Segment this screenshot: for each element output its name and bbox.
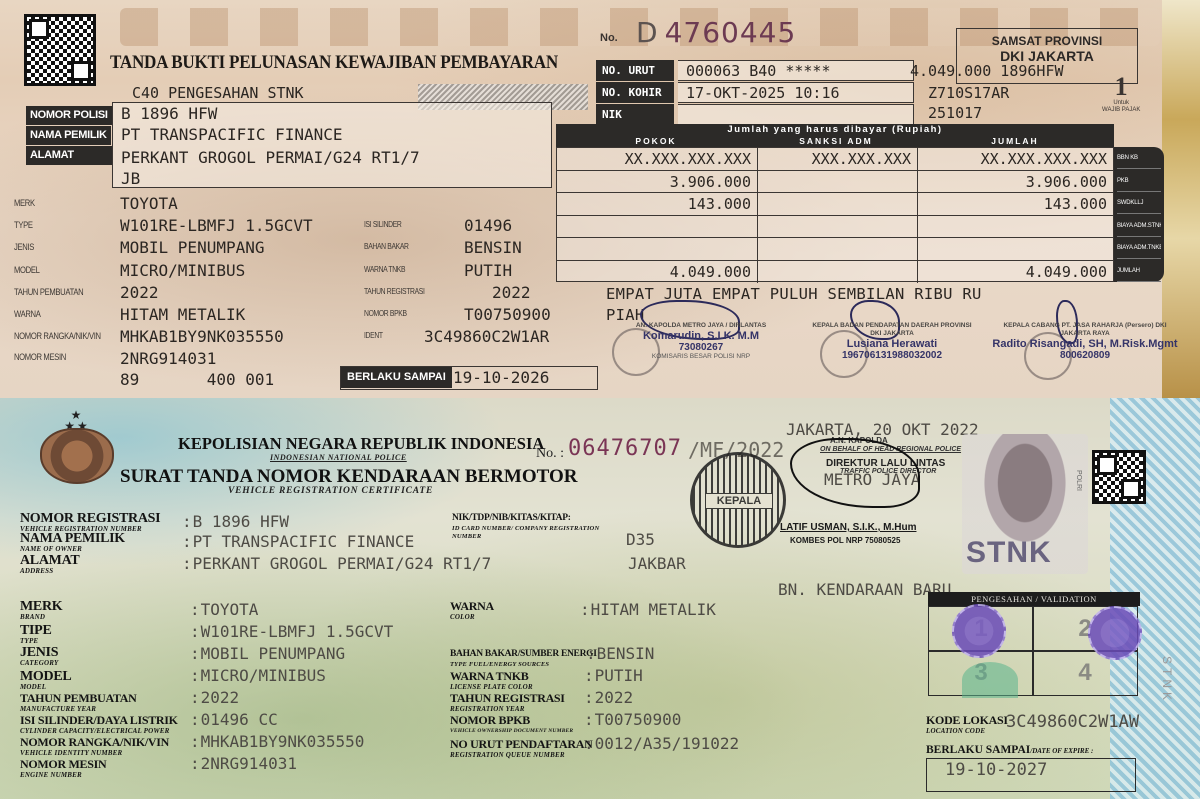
signatory-3-name: Radito Risangadi, SH, M.Risk.Mgmt bbox=[990, 338, 1180, 350]
payment-row-tag: PKB bbox=[1117, 170, 1161, 192]
label-id: NAMA PEMILIK bbox=[20, 532, 125, 545]
nik-extra: 251017 bbox=[928, 104, 982, 122]
value-warna-tnkb: PUTIH bbox=[584, 666, 643, 685]
label-en: REGISTRATION YEAR bbox=[450, 705, 565, 713]
value-nama-pemilik: PT TRANSPACIFIC FINANCE bbox=[182, 532, 414, 551]
certificate-number: 06476707 bbox=[568, 436, 682, 461]
receipt-subtitle: C40 PENGESAHAN STNK bbox=[132, 84, 304, 102]
copy-badge: 1 Untuk WAJIB PAJAK bbox=[1102, 74, 1140, 114]
label-id: WARNA TNKB bbox=[450, 670, 533, 683]
expire-value: 19-10-2026 bbox=[453, 367, 549, 389]
label-nomor-mesin: NOMOR MESINENGINE NUMBER bbox=[20, 758, 106, 779]
signatory-3-role: KEPALA CABANG PT. JASA RAHARJA (Persero)… bbox=[990, 322, 1180, 338]
label-en: MODEL bbox=[20, 683, 71, 691]
value-warna-tnkb: PUTIH bbox=[464, 261, 512, 280]
label-en: ENGINE NUMBER bbox=[20, 771, 106, 779]
label-mesin: NOMOR MESIN bbox=[14, 352, 66, 362]
label-en: ID CARD NUMBER/ COMPANY REGISTRATION NUM… bbox=[452, 525, 602, 541]
value-alamat-extra: JAKBAR bbox=[628, 554, 686, 573]
label-bpkb: NOMOR BPKB bbox=[364, 309, 407, 318]
label-en: VEHICLE OWNERSHIP DOCUMENT NUMBER bbox=[450, 727, 573, 735]
label-en: ADDRESS bbox=[20, 567, 79, 575]
row-no-kohir: NO. KOHIR 17-OKT-2025 10:16 bbox=[596, 82, 918, 103]
receipt-number: D4760445 bbox=[636, 16, 796, 49]
label-en: CYLINDER CAPACITY/ELECTRICAL POWER bbox=[20, 727, 178, 735]
signatory-3-nrp: 800620809 bbox=[990, 350, 1180, 361]
no-kohir-extra: Z710S17AR bbox=[928, 84, 1009, 102]
payment-cell-pokok: 4.049.000 bbox=[557, 261, 757, 283]
label-bahan-bakar: BAHAN BAKAR bbox=[364, 242, 409, 251]
value-silinder: 01496 bbox=[464, 216, 512, 235]
payment-cell-sanksi bbox=[757, 261, 917, 283]
value-mesin: 2NRG914031 bbox=[120, 349, 216, 368]
payment-row-tags: BBN KBPKBSWDKLLJBIAYA ADM.STNKBIAYA ADM.… bbox=[1114, 147, 1164, 282]
label-merk: MERKBRAND bbox=[20, 600, 62, 621]
payment-cell-sanksi bbox=[757, 216, 917, 238]
label-id: NOMOR REGISTRASI bbox=[20, 512, 160, 525]
receipt-number-prefix: D bbox=[636, 16, 659, 49]
copy-for-line2: WAJIB PAJAK bbox=[1102, 107, 1140, 114]
value-bahan-bakar: BENSIN bbox=[464, 238, 522, 257]
keterangan: BN. KENDARAAN BARU bbox=[778, 580, 951, 599]
label-isi-silinder: ISI SILINDER/DAYA LISTRIKCYLINDER CAPACI… bbox=[20, 714, 178, 735]
label-bahan-bakar: BAHAN BAKAR/SUMBER ENERGITYPE FUEL/ENERG… bbox=[450, 648, 597, 669]
label-id: NO URUT PENDAFTARAN bbox=[450, 738, 593, 751]
label-kode-lokasi: KODE LOKASILOCATION CODE bbox=[926, 714, 1008, 735]
label-en: LOCATION CODE bbox=[926, 727, 1008, 735]
police-header-en: INDONESIAN NATIONAL POLICE bbox=[270, 453, 407, 462]
label-id: BERLAKU SAMPAI bbox=[926, 744, 1030, 756]
label-id: MODEL bbox=[20, 670, 71, 683]
qr-code-icon bbox=[1092, 450, 1146, 504]
row-no-urut: NO. URUT 000063 B40 ***** bbox=[596, 60, 918, 81]
label-id: KODE LOKASI bbox=[926, 714, 1008, 727]
receipt-number-label: No. bbox=[600, 32, 618, 44]
value-nomor-bpkb: T00750900 bbox=[584, 710, 681, 729]
signatory-1-name: Komarudin, S.I.K. M.M bbox=[626, 330, 776, 342]
payment-column-headers: POKOK SANKSI ADM JUMLAH bbox=[556, 136, 1114, 147]
tax-payment-receipt: TANDA BUKTI PELUNASAN KEWAJIBAN PEMBAYAR… bbox=[0, 0, 1200, 398]
label-en: COLOR bbox=[450, 613, 494, 621]
label-merk: MERK bbox=[14, 198, 35, 208]
copy-number: 1 bbox=[1102, 74, 1140, 100]
label-id: NOMOR RANGKA/NIK/VIN bbox=[20, 736, 169, 749]
value-alamat: PERKANT GROGOL PERMAI/G24 RT1/7 bbox=[182, 554, 491, 573]
label-en: NAME OF OWNER bbox=[20, 545, 125, 553]
payment-row-tag: BIAYA ADM.TNKB bbox=[1117, 237, 1161, 259]
label-en: TYPE bbox=[20, 637, 51, 645]
label-alamat: ALAMATADDRESS bbox=[20, 554, 79, 575]
label-nama-pemilik: NAMA PEMILIK bbox=[26, 126, 111, 145]
receipt-title: TANDA BUKTI PELUNASAN KEWAJIBAN PEMBAYAR… bbox=[110, 52, 558, 74]
label-id: TAHUN REGISTRASI bbox=[450, 692, 565, 705]
kepala-stamp-icon: KEPALA bbox=[690, 452, 786, 548]
stamp-text: KEPALA bbox=[705, 493, 773, 509]
signatory-3: KEPALA CABANG PT. JASA RAHARJA (Persero)… bbox=[990, 322, 1180, 361]
payment-body: XX.XXX.XXX.XXXXXX.XXX.XXXXX.XXX.XXX.XXX3… bbox=[556, 147, 1114, 282]
payment-row-tag: BBN KB bbox=[1117, 147, 1161, 169]
label-en: TYPE FUEL/ENERGY SOURCES bbox=[450, 661, 597, 669]
payment-cell-jumlah: XX.XXX.XXX.XXX bbox=[917, 148, 1113, 170]
payment-cell-pokok: 3.906.000 bbox=[557, 171, 757, 193]
police-emblem-icon bbox=[40, 428, 114, 484]
owner-box: B 1896 HFW PT TRANSPACIFIC FINANCE PERKA… bbox=[112, 102, 552, 188]
copy-for-line1: Untuk bbox=[1102, 100, 1140, 107]
value-nomor-mesin: 2NRG914031 bbox=[190, 754, 297, 773]
label-no-urut: NO URUT PENDAFTARANREGISTRATION QUEUE NU… bbox=[450, 738, 593, 759]
value-type: W101RE-LBMFJ 1.5GCVT bbox=[120, 216, 313, 235]
label-rangka: NOMOR RANGKA/NIK/VIN bbox=[14, 331, 101, 341]
payment-table: Jumlah yang harus dibayar (Rupiah) POKOK… bbox=[556, 124, 1114, 282]
payment-cell-jumlah bbox=[917, 216, 1113, 238]
label-no-kohir: NO. KOHIR bbox=[596, 82, 674, 103]
payment-header: Jumlah yang harus dibayar (Rupiah) bbox=[556, 124, 1114, 136]
value-tahun-pembuatan: 2022 bbox=[120, 283, 159, 302]
row-nik: NIK bbox=[596, 104, 918, 125]
validation-stamp-icon bbox=[952, 604, 1006, 658]
hologram-text: STNK bbox=[966, 536, 1052, 570]
payment-cell-pokok: 143.000 bbox=[557, 193, 757, 215]
payment-cell-pokok bbox=[557, 238, 757, 260]
value-extra-line: 89 400 001 bbox=[120, 370, 274, 389]
signatory-1-rank: KOMISARIS BESAR POLISI NRP bbox=[626, 353, 776, 360]
value-no-urut: 000063 B40 ***** bbox=[678, 60, 914, 81]
value-bpkb: T00750900 bbox=[464, 305, 551, 324]
label-tahun-pembuatan: TAHUN PEMBUATAN bbox=[14, 287, 83, 297]
value-nomor-registrasi: B 1896 HFW bbox=[182, 512, 289, 531]
label-id: TIPE bbox=[20, 624, 51, 637]
officer-name: LATIF USMAN, S.I.K., M.Hum bbox=[780, 522, 916, 533]
label-en: MANUFACTURE YEAR bbox=[20, 705, 137, 713]
payment-row-tag: SWDKLLJ bbox=[1117, 192, 1161, 214]
payment-cell-jumlah bbox=[917, 238, 1113, 260]
label-silinder: ISI SILINDER bbox=[364, 220, 401, 229]
owner-address-line1: PERKANT GROGOL PERMAI/G24 RT1/7 bbox=[121, 148, 420, 167]
signatory-2-nrp: 196706131988032002 bbox=[812, 350, 972, 361]
label-ident: IDENT bbox=[364, 331, 383, 340]
label-model: MODEL bbox=[14, 265, 40, 275]
label-id: NOMOR MESIN bbox=[20, 758, 106, 771]
payment-row: 4.049.0004.049.000 bbox=[557, 261, 1113, 284]
label-warna-tnkb: WARNA TNKBLICENSE PLATE COLOR bbox=[450, 670, 533, 691]
label-tahun-registrasi: TAHUN REGISTRASI bbox=[364, 287, 425, 296]
label-en: BRAND bbox=[20, 613, 62, 621]
value-jenis: MOBIL PENUMPANG bbox=[190, 644, 345, 663]
value-alamat-code: D35 bbox=[626, 530, 655, 549]
value-nomor-rangka: MHKAB1BY9NK035550 bbox=[190, 732, 364, 751]
payment-cell-jumlah: 4.049.000 bbox=[917, 261, 1113, 283]
payment-cell-jumlah: 143.000 bbox=[917, 193, 1113, 215]
samsat-line1: SAMSAT PROVINSI bbox=[957, 34, 1137, 48]
label-id: NIK/TDP/NIB/KITAS/KITAP: bbox=[452, 512, 602, 525]
value-berlaku-sampai: 19-10-2027 bbox=[926, 758, 1136, 792]
hologram: POLRI STNK bbox=[962, 434, 1088, 574]
label-nomor-bpkb: NOMOR BPKBVEHICLE OWNERSHIP DOCUMENT NUM… bbox=[450, 714, 573, 735]
label-warna: WARNA bbox=[14, 309, 40, 319]
value-no-kohir: 17-OKT-2025 10:16 bbox=[678, 82, 914, 103]
label-en: VEHICLE IDENTITY NUMBER bbox=[20, 749, 169, 757]
label-en: CATEGORY bbox=[20, 659, 58, 667]
payment-row-tag: BIAYA ADM.STNK bbox=[1117, 215, 1161, 237]
validation-header: PENGESAHAN / VALIDATION bbox=[928, 592, 1140, 606]
label-en: LICENSE PLATE COLOR bbox=[450, 683, 533, 691]
value-tipe: W101RE-LBMFJ 1.5GCVT bbox=[190, 622, 393, 641]
label-nomor-registrasi: NOMOR REGISTRASIVEHICLE REGISTRATION NUM… bbox=[20, 512, 160, 533]
value-model: MICRO/MINIBUS bbox=[120, 261, 245, 280]
label-jenis: JENISCATEGORY bbox=[20, 646, 58, 667]
label-no-urut: NO. URUT bbox=[596, 60, 674, 81]
value-nik bbox=[678, 104, 914, 125]
payment-cell-sanksi: XXX.XXX.XXX bbox=[757, 148, 917, 170]
signatory-1-role: AN. KAPOLDA METRO JAYA / DIRLANTAS bbox=[626, 322, 776, 330]
signatory-2-name: Lusiana Herawati bbox=[812, 338, 972, 350]
expire-label: BERLAKU SAMPAI bbox=[341, 367, 452, 388]
value-tahun-registrasi: 2022 bbox=[492, 283, 531, 302]
label-type: TYPE bbox=[14, 220, 33, 230]
payment-row bbox=[557, 216, 1113, 239]
payment-cell-sanksi bbox=[757, 193, 917, 215]
label-id: ISI SILINDER/DAYA LISTRIK bbox=[20, 714, 178, 727]
label-nomor-polisi: NOMOR POLISI bbox=[26, 106, 112, 125]
payment-row bbox=[557, 238, 1113, 261]
vertical-watermark: STNK bbox=[1160, 656, 1174, 704]
value-merk: TOYOTA bbox=[190, 600, 258, 619]
value-tahun-registrasi: 2022 bbox=[584, 688, 633, 707]
label-id: WARNA bbox=[450, 600, 494, 613]
police-header: KEPOLISIAN NEGARA REPUBLIK INDONESIA bbox=[178, 434, 544, 454]
label-alamat: ALAMAT bbox=[26, 146, 112, 165]
label-warna: WARNACOLOR bbox=[450, 600, 494, 621]
label-en: /DATE OF EXPIRE : bbox=[1030, 747, 1093, 755]
value-ident: 3C49860C2W1AR bbox=[424, 327, 549, 346]
payment-row: 143.000143.000 bbox=[557, 193, 1113, 216]
label-nik: NIK bbox=[596, 104, 674, 125]
label-nomor-rangka: NOMOR RANGKA/NIK/VINVEHICLE IDENTITY NUM… bbox=[20, 736, 169, 757]
plate-number: B 1896 HFW bbox=[121, 104, 217, 123]
no-urut-extra: 4.049.000 1896HFW bbox=[910, 62, 1064, 80]
label-tipe: TIPETYPE bbox=[20, 624, 51, 645]
validation-stamp-icon bbox=[1088, 606, 1142, 660]
qr-code-icon bbox=[24, 14, 96, 86]
hologram-side-text: POLRI bbox=[1075, 470, 1082, 491]
payment-row: XX.XXX.XXX.XXXXXX.XXX.XXXXX.XXX.XXX.XXX bbox=[557, 148, 1113, 171]
signatory-1: AN. KAPOLDA METRO JAYA / DIRLANTAS Komar… bbox=[626, 322, 776, 360]
value-isi-silinder: 01496 CC bbox=[190, 710, 278, 729]
label-id: TAHUN PEMBUATAN bbox=[20, 692, 137, 705]
payment-row: 3.906.0003.906.000 bbox=[557, 171, 1113, 194]
signatory-2-role: KEPALA BADAN PENDAPATAN DAERAH PROVINSI … bbox=[812, 322, 972, 338]
label-tahun-registrasi: TAHUN REGISTRASIREGISTRATION YEAR bbox=[450, 692, 565, 713]
certificate-number-label: No. : bbox=[536, 446, 564, 462]
signatory-1-nrp: 73080267 bbox=[626, 342, 776, 353]
payment-cell-jumlah: 3.906.000 bbox=[917, 171, 1113, 193]
value-no-urut: 0012/A35/191022 bbox=[584, 734, 739, 753]
receipt-number-value: 4760445 bbox=[665, 16, 797, 49]
value-rangka: MHKAB1BY9NK035550 bbox=[120, 327, 284, 346]
label-id: MERK bbox=[20, 600, 62, 613]
value-kode-lokasi: 3C49860C2W1AW bbox=[1006, 712, 1139, 732]
value-bahan-bakar: BENSIN bbox=[586, 644, 654, 663]
value-warna: HITAM METALIK bbox=[120, 305, 245, 324]
validation-stamp-icon bbox=[962, 662, 1018, 698]
payment-row-tag: JUMLAH bbox=[1117, 260, 1161, 282]
col-sanksi: SANKSI ADM bbox=[756, 136, 916, 147]
payment-cell-pokok: XX.XXX.XXX.XXX bbox=[557, 148, 757, 170]
label-nik: NIK/TDP/NIB/KITAS/KITAP:ID CARD NUMBER/ … bbox=[452, 512, 602, 541]
certificate-title-en: VEHICLE REGISTRATION CERTIFICATE bbox=[228, 486, 433, 496]
value-tahun-pembuatan: 2022 bbox=[190, 688, 239, 707]
value-warna: HITAM METALIK bbox=[580, 600, 716, 619]
label-id: BAHAN BAKAR/SUMBER ENERGI bbox=[450, 648, 597, 661]
label-en: REGISTRATION QUEUE NUMBER bbox=[450, 751, 593, 759]
expire-box: BERLAKU SAMPAI 19-10-2026 bbox=[340, 366, 598, 390]
payment-cell-pokok bbox=[557, 216, 757, 238]
col-jumlah: JUMLAH bbox=[916, 136, 1114, 147]
value-merk: TOYOTA bbox=[120, 194, 178, 213]
info-grid: NO. URUT 000063 B40 ***** NO. KOHIR 17-O… bbox=[596, 60, 918, 124]
label-warna-tnkb: WARNA TNKB bbox=[364, 265, 405, 274]
certificate-title: SURAT TANDA NOMOR KENDARAAN BERMOTOR bbox=[120, 466, 577, 488]
value-jenis: MOBIL PENUMPANG bbox=[120, 238, 265, 257]
label-berlaku-sampai: BERLAKU SAMPAI/DATE OF EXPIRE : bbox=[926, 744, 1093, 756]
label-jenis: JENIS bbox=[14, 242, 34, 252]
label-id: NOMOR BPKB bbox=[450, 714, 573, 727]
label-tahun-pembuatan: TAHUN PEMBUATANMANUFACTURE YEAR bbox=[20, 692, 137, 713]
label-id: ALAMAT bbox=[20, 554, 79, 567]
payment-cell-sanksi bbox=[757, 238, 917, 260]
value-model: MICRO/MINIBUS bbox=[190, 666, 326, 685]
label-nama-pemilik: NAMA PEMILIKNAME OF OWNER bbox=[20, 532, 125, 553]
officer-rank: KOMBES POL NRP 75080525 bbox=[790, 536, 900, 545]
owner-address-line2: JB bbox=[121, 169, 140, 188]
validation-box: PENGESAHAN / VALIDATION 1 2 3 4 bbox=[928, 592, 1140, 698]
signatory-2: KEPALA BADAN PENDAPATAN DAERAH PROVINSI … bbox=[812, 322, 972, 361]
owner-name: PT TRANSPACIFIC FINANCE bbox=[121, 125, 343, 144]
col-pokok: POKOK bbox=[556, 136, 756, 147]
label-id: JENIS bbox=[20, 646, 58, 659]
label-model: MODELMODEL bbox=[20, 670, 71, 691]
payment-cell-sanksi bbox=[757, 171, 917, 193]
